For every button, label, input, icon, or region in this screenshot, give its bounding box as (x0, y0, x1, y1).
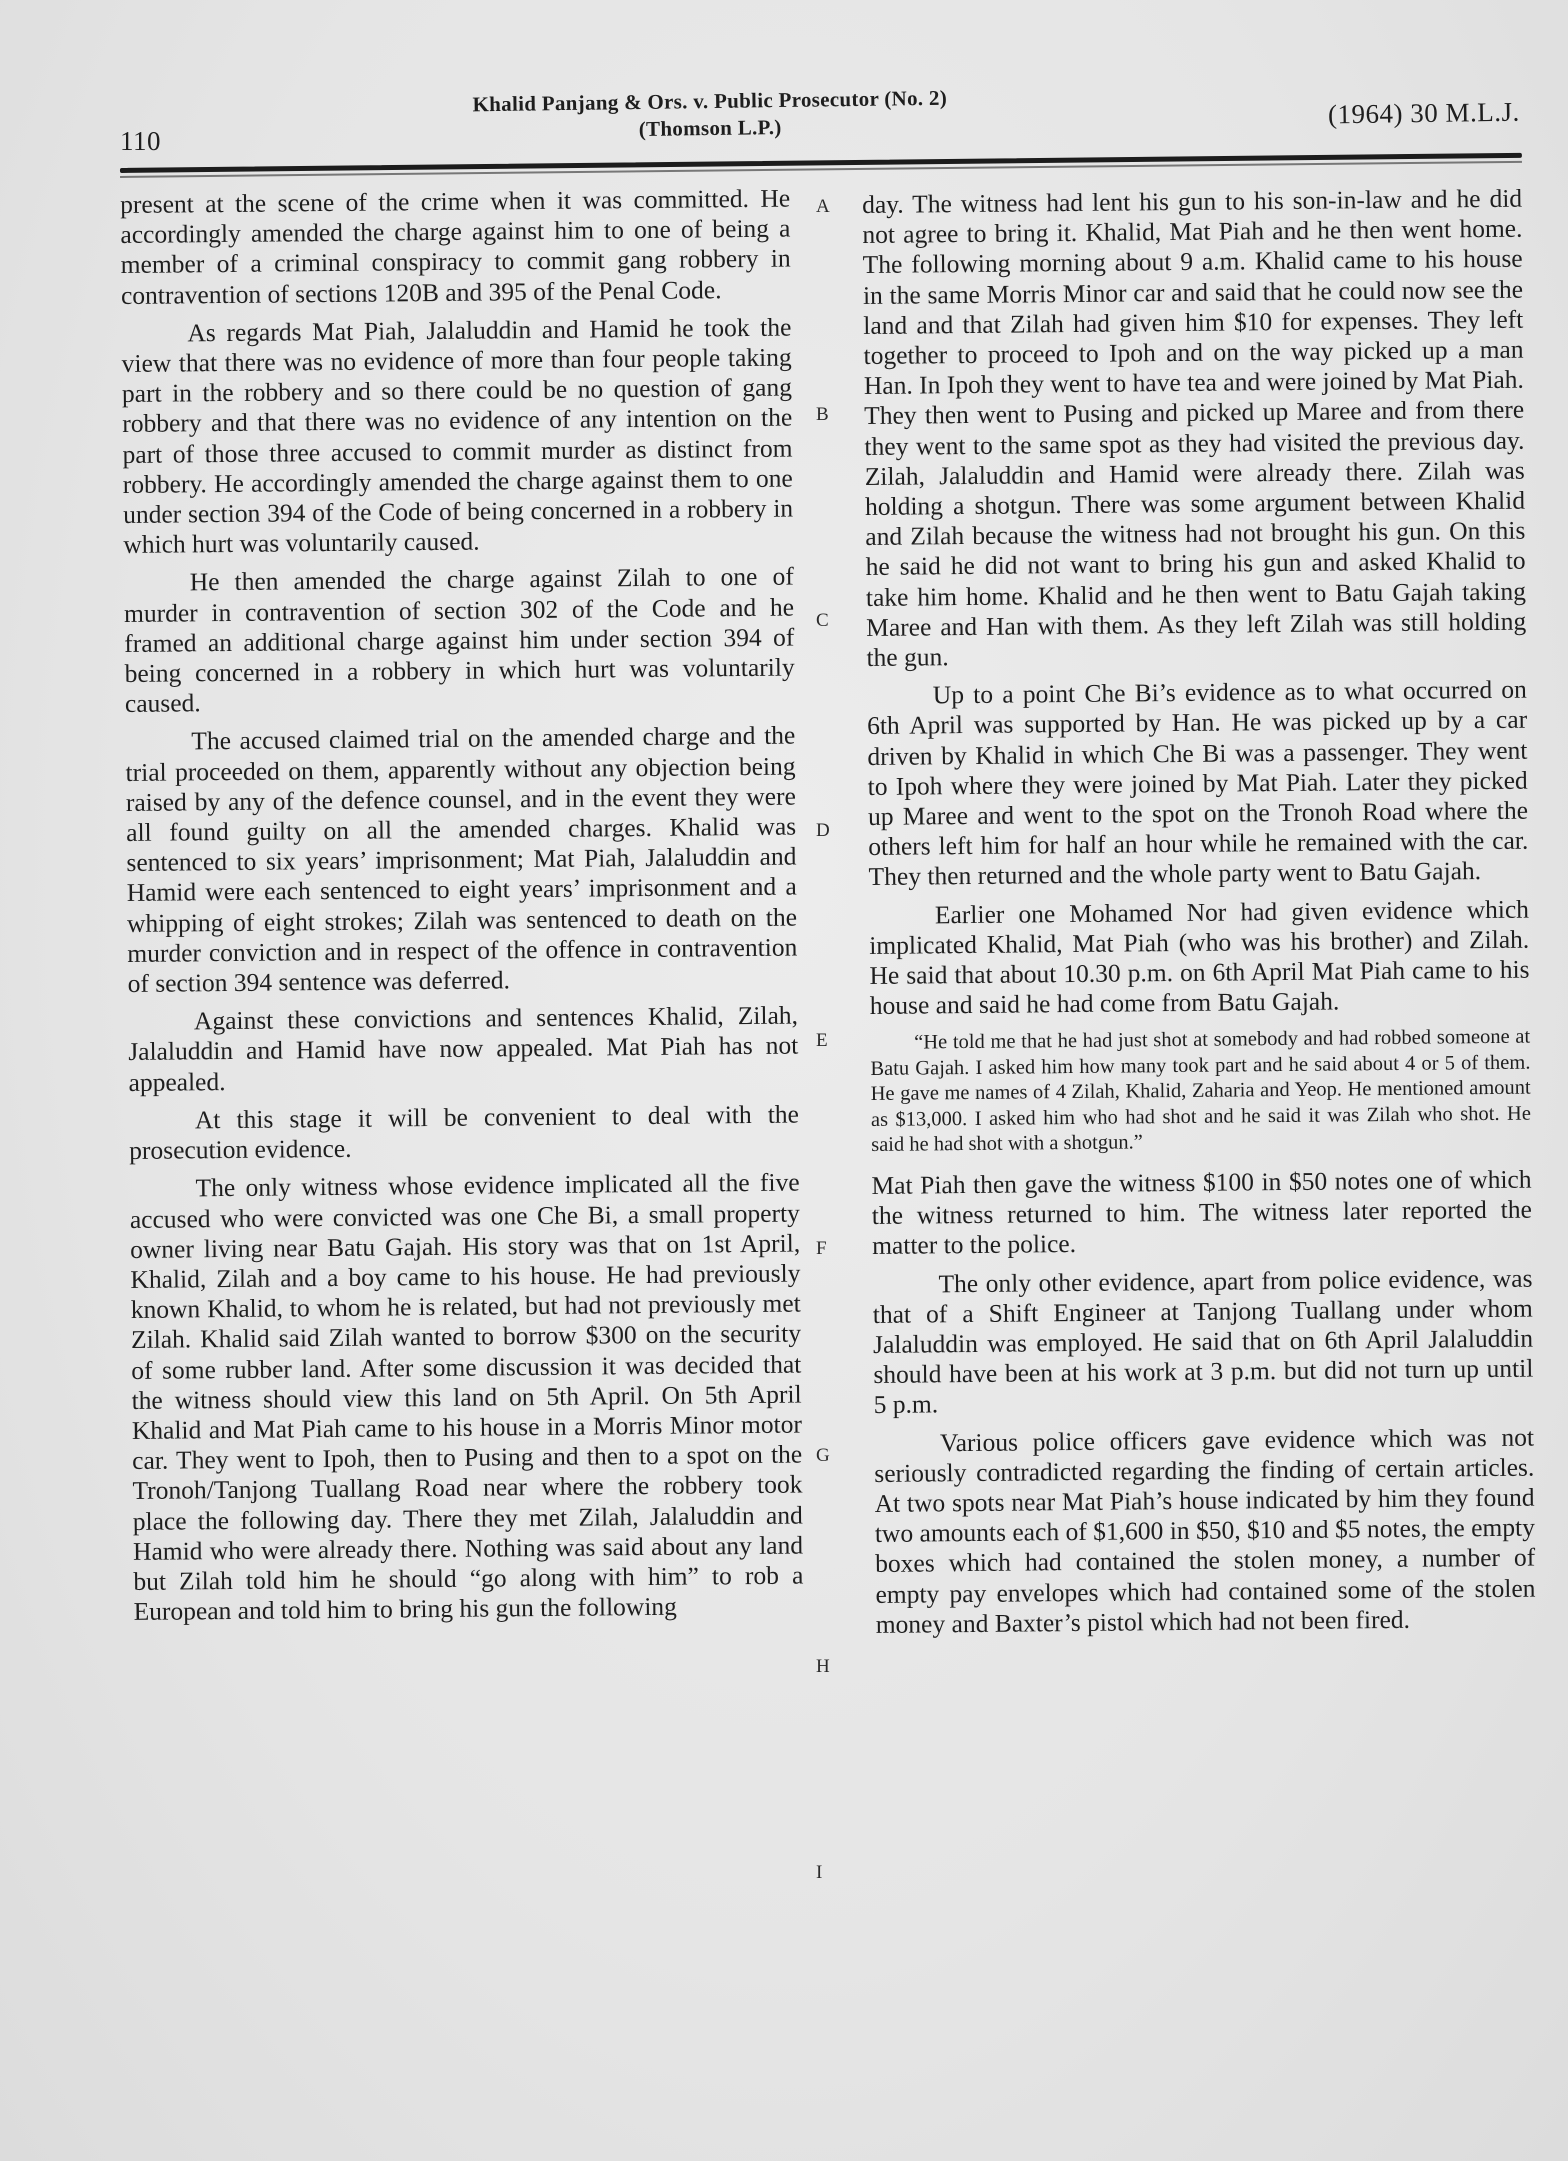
running-header: 110 Khalid Panjang & Ors. v. Public Pros… (120, 84, 1520, 164)
paragraph: Various police officers gave evidence wh… (874, 1422, 1536, 1640)
left-column: present at the scene of the crime when i… (120, 184, 804, 1636)
paragraph: As regards Mat Piah, Jalaluddin and Hami… (121, 312, 793, 560)
margin-marker-a: A (816, 196, 830, 218)
paragraph: The accused claimed trial on the amended… (125, 721, 798, 999)
paragraph: The only witness whose evidence implicat… (129, 1168, 803, 1627)
paragraph: The only other evidence, apart from poli… (872, 1263, 1533, 1420)
quoted-testimony: “He told me that he had just shot at som… (870, 1025, 1531, 1159)
paragraph: At this stage it will be convenient to d… (129, 1099, 800, 1166)
paragraph: day. The witness had lent his gun to his… (862, 184, 1527, 674)
right-column: day. The witness had lent his gun to his… (862, 184, 1536, 1648)
paragraph: Earlier one Mohamed Nor had given evi­de… (869, 894, 1530, 1021)
paragraph: Against these convictions and sentences … (128, 1001, 799, 1098)
law-report-citation: (1964) 30 M.L.J. (1328, 97, 1520, 131)
margin-marker-c: C (816, 610, 829, 632)
margin-marker-b: B (816, 404, 829, 426)
margin-marker-i: I (816, 1862, 823, 1884)
margin-marker-g: G (816, 1445, 830, 1467)
paragraph: Mat Piah then gave the witness $100 in $… (871, 1165, 1532, 1262)
margin-marker-f: F (816, 1238, 827, 1260)
case-title: Khalid Panjang & Ors. v. Public Prosecut… (430, 84, 991, 146)
margin-marker-h: H (816, 1656, 830, 1678)
paragraph: He then amended the charge against Zilah… (124, 562, 795, 719)
margin-marker-e: E (816, 1030, 828, 1052)
paragraph: present at the scene of the crime when i… (120, 184, 791, 311)
margin-marker-d: D (816, 820, 830, 842)
page-number: 110 (120, 126, 161, 157)
paragraph: Up to a point Che Bi’s evidence as to wh… (867, 675, 1529, 893)
scanned-page: 110 Khalid Panjang & Ors. v. Public Pros… (0, 0, 1568, 2161)
